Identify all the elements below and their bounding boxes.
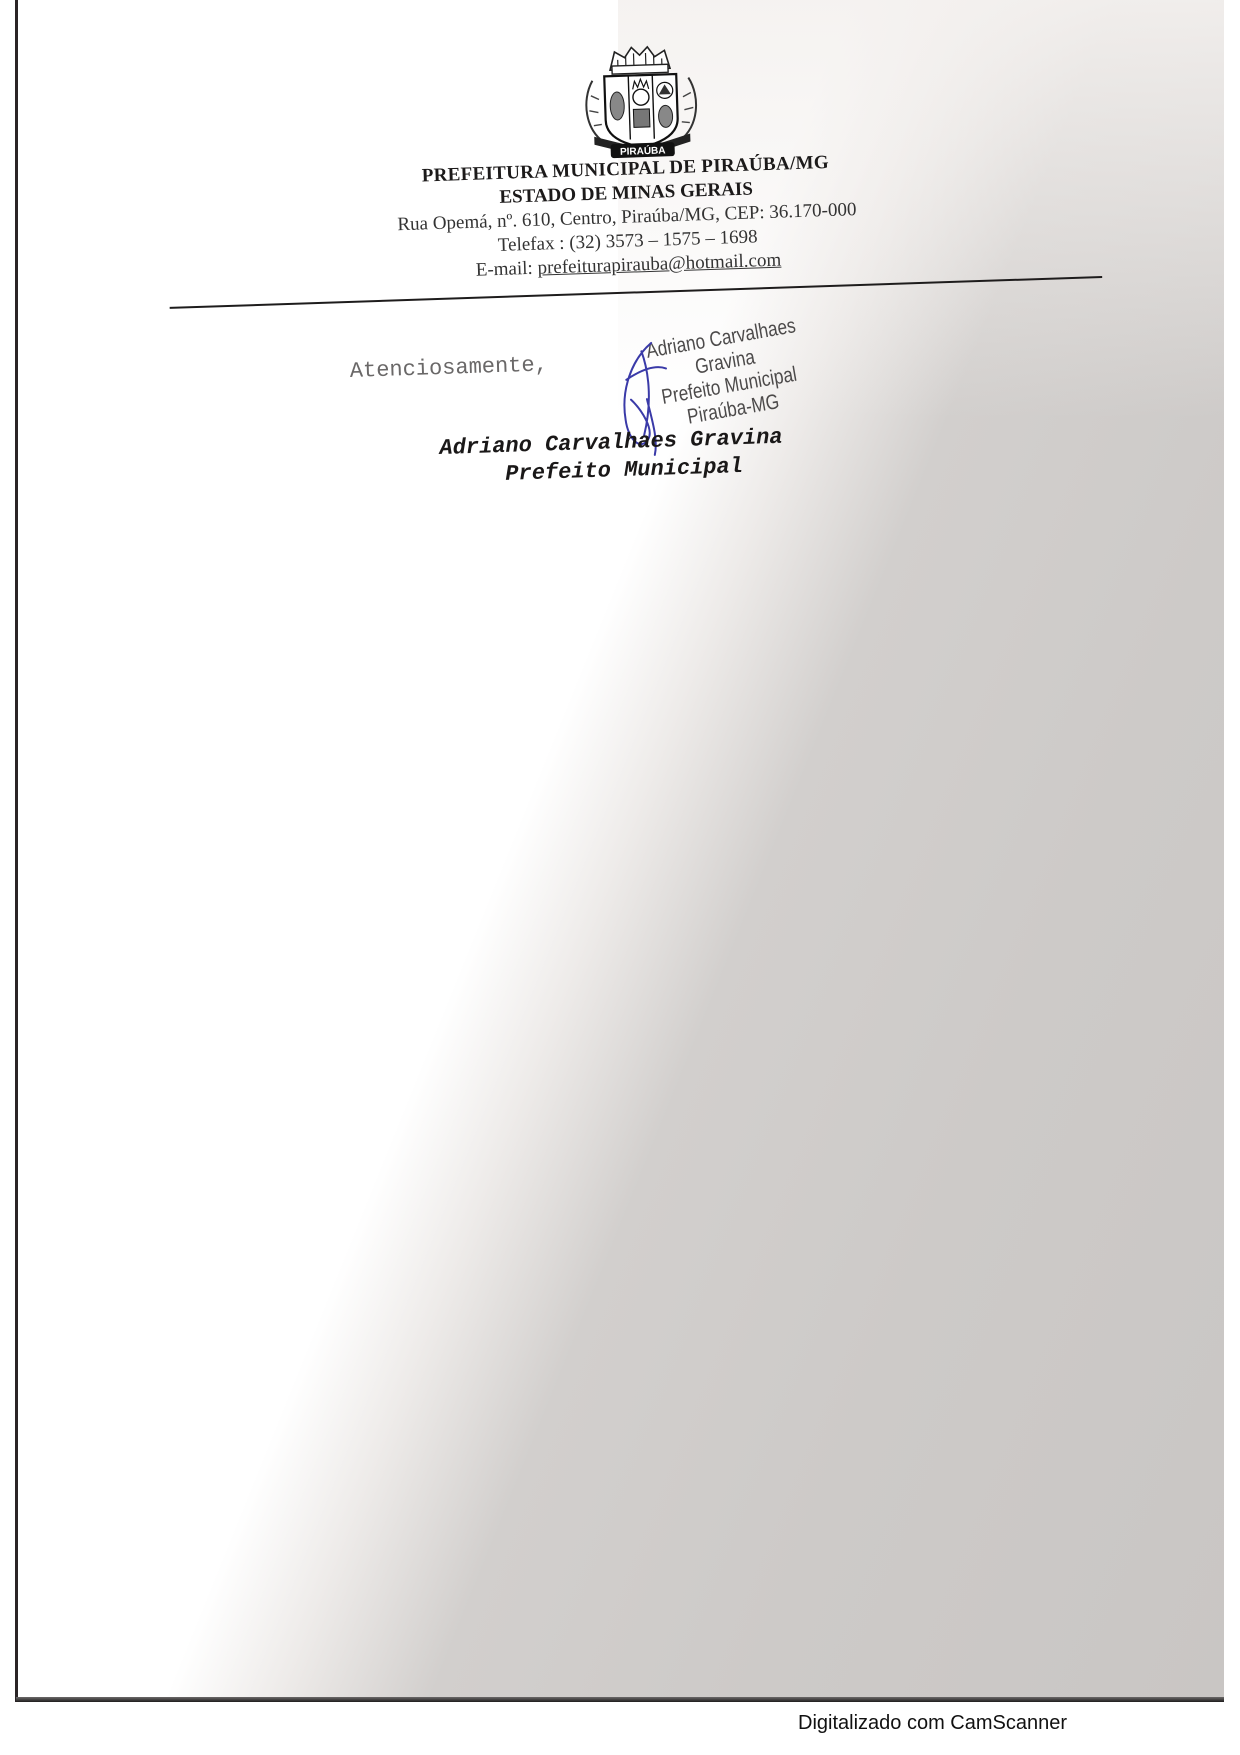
page-left-edge bbox=[15, 0, 18, 1702]
municipal-crest-icon: PIRAÚBA bbox=[569, 37, 713, 162]
signer-title: Prefeito Municipal bbox=[505, 454, 743, 487]
salutation: Atenciosamente, bbox=[349, 352, 548, 384]
page-content: PIRAÚBA PREFEITURA MUNICIPAL DE PIRAÚBA/… bbox=[18, 0, 1224, 1702]
page-bottom-edge bbox=[16, 1697, 1224, 1702]
scanned-page: PIRAÚBA PREFEITURA MUNICIPAL DE PIRAÚBA/… bbox=[18, 0, 1224, 1702]
camscanner-watermark: Digitalizado com CamScanner bbox=[798, 1712, 1067, 1735]
email-label: E-mail: bbox=[475, 258, 537, 281]
letterhead: PREFEITURA MUNICIPAL DE PIRAÚBA/MG ESTAD… bbox=[275, 146, 979, 289]
